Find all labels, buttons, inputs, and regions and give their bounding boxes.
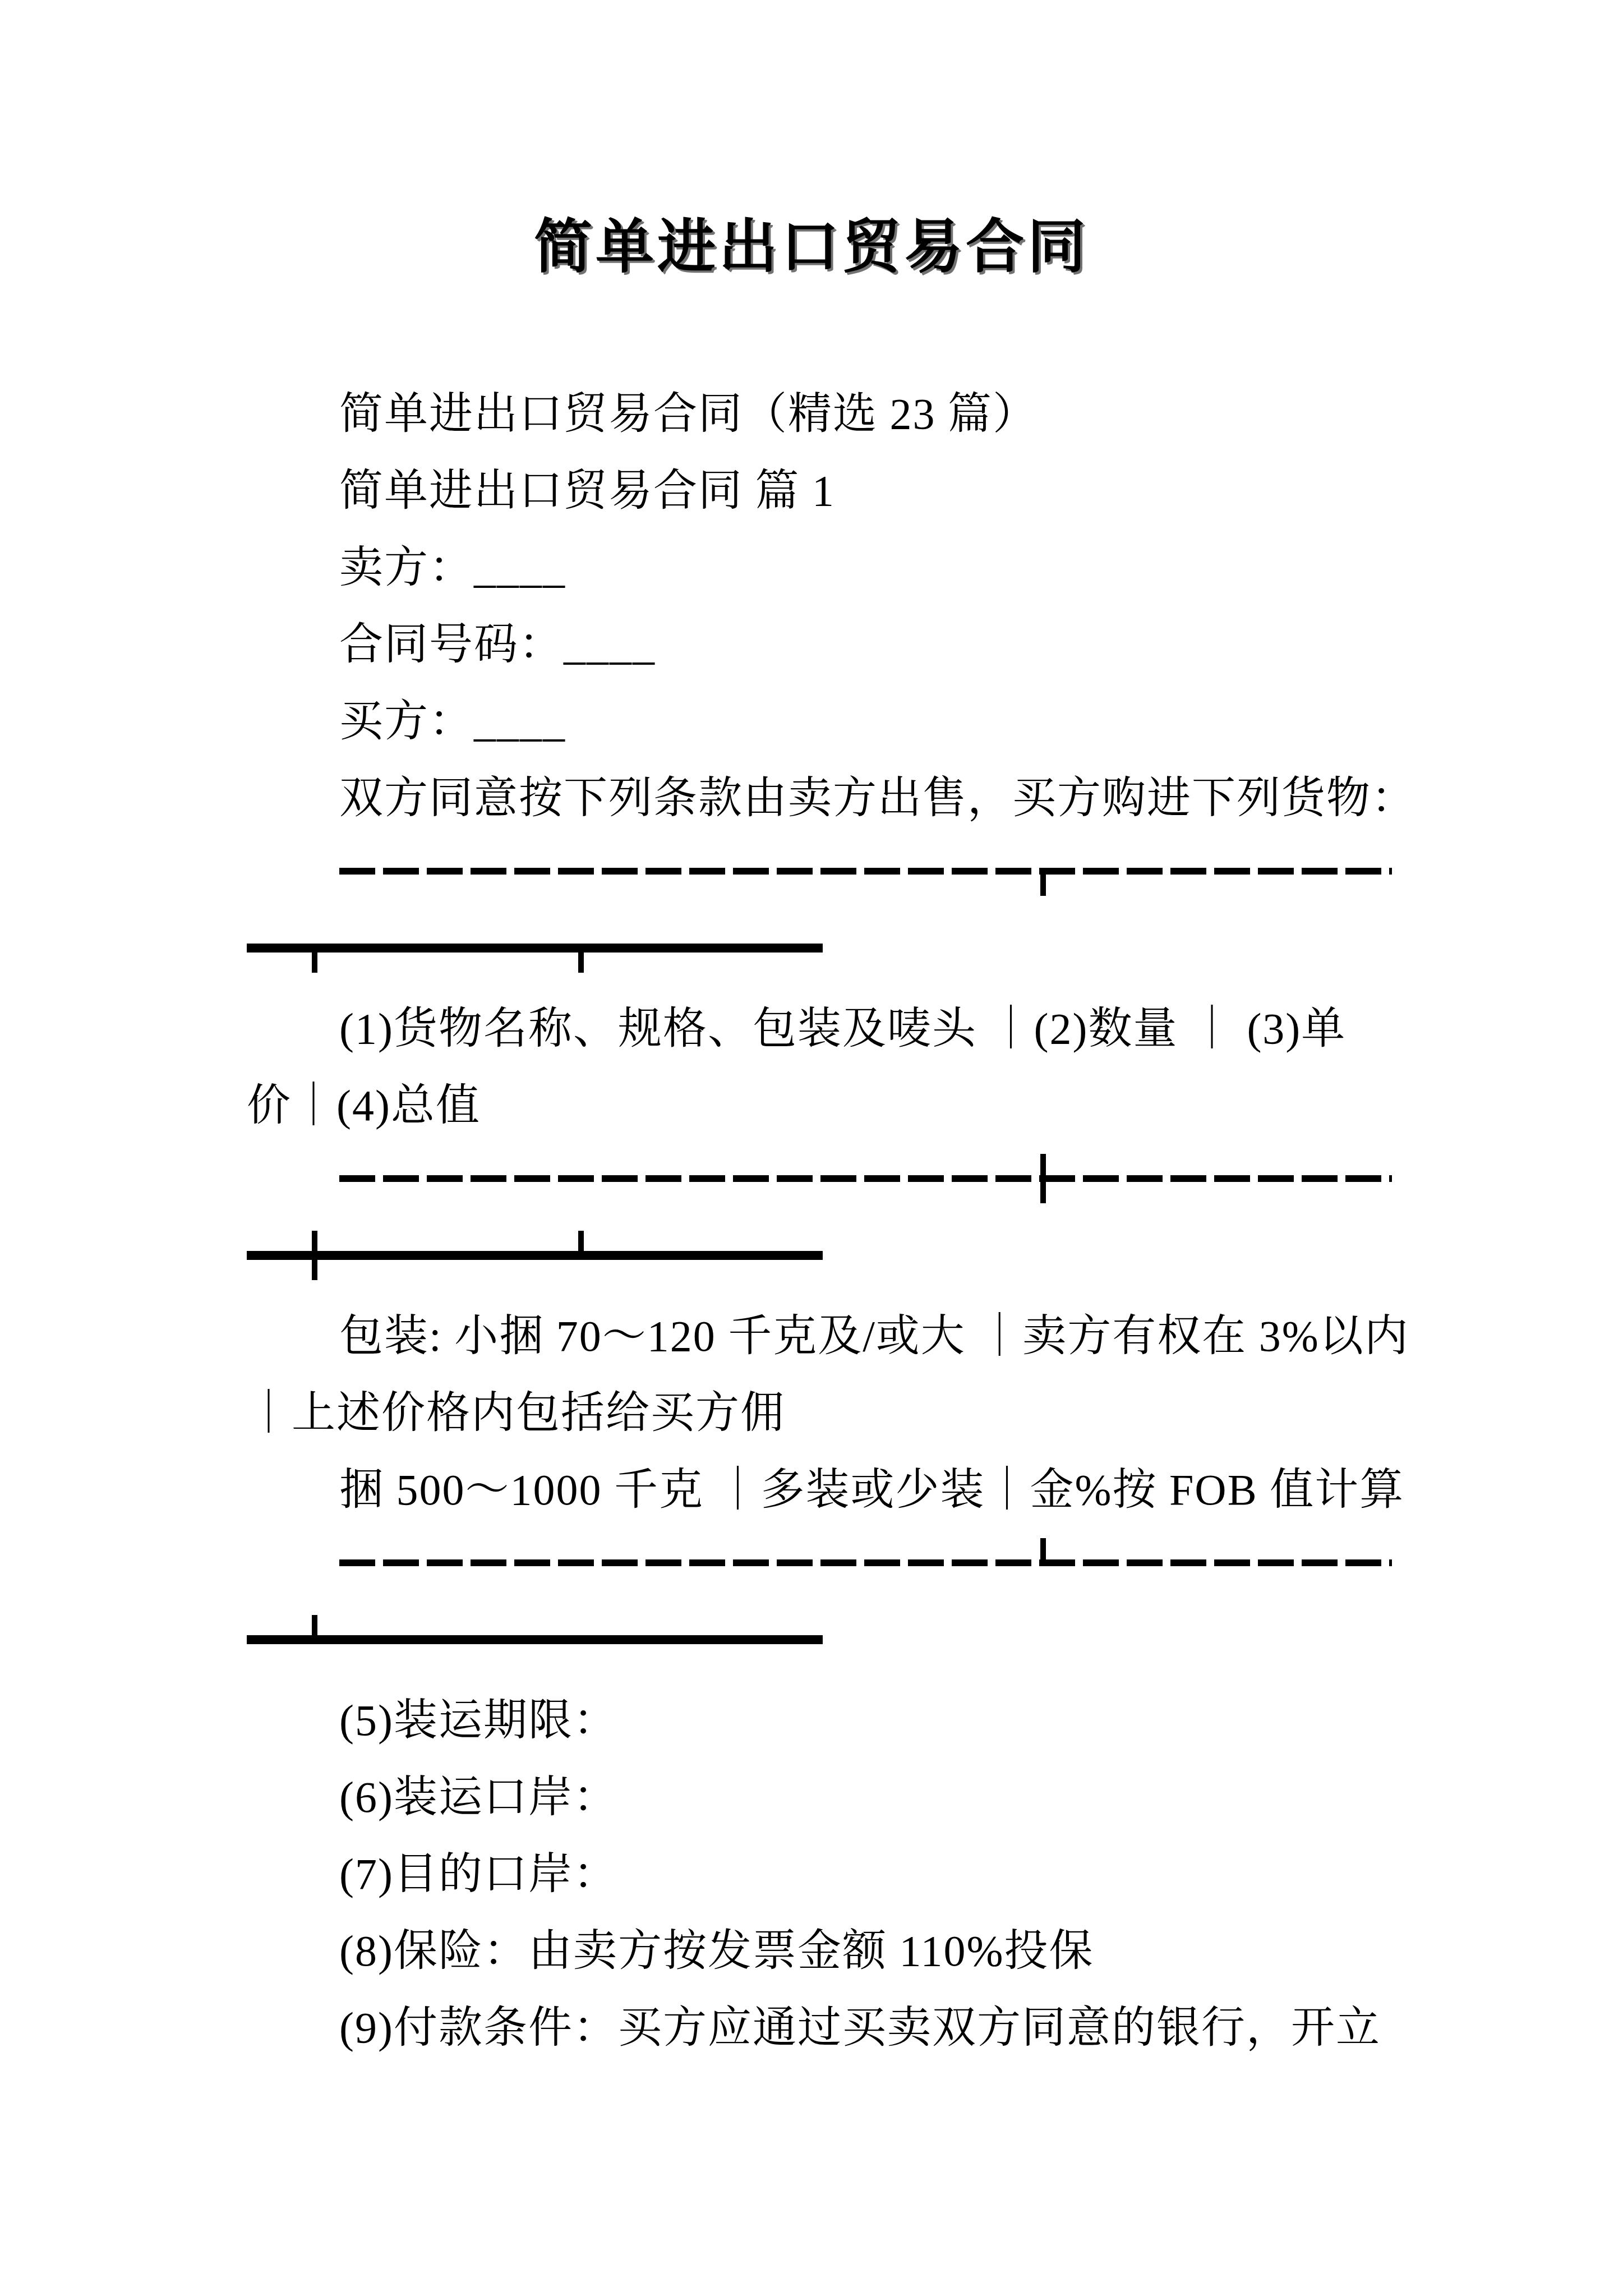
document-line: 简单进出口贸易合同（精选 23 篇） [0, 371, 1623, 448]
line-text: (8)保险：由卖方按发票金额 110%投保 [339, 1916, 1094, 1978]
line-text: ｜上述价格内包括给买方佣 [247, 1378, 785, 1441]
line-text: (1)货物名称、规格、包装及唛头 ｜(2)数量 ｜ (3)单 [339, 993, 1346, 1056]
line-text: (6)装运口岸： [339, 1762, 618, 1825]
document-line: (5)装运期限： [0, 1678, 1623, 1755]
table-border-tick [1040, 1538, 1046, 1563]
document-page: 简单进出口贸易合同 简单进出口贸易合同（精选 23 篇）简单进出口贸易合同 篇 … [0, 0, 1623, 2296]
line-text: 卖方：____ [339, 532, 566, 595]
table-border-tick [578, 948, 584, 973]
line-text: 买方：____ [339, 686, 566, 749]
title-row: 简单进出口贸易合同 [0, 0, 1623, 371]
dashed-rule-bar [339, 868, 1392, 875]
document-line: 买方：____ [0, 679, 1623, 756]
table-border-tick [312, 1231, 317, 1280]
document-line: (1)货物名称、规格、包装及唛头 ｜(2)数量 ｜ (3)单 [0, 986, 1623, 1063]
table-border-tick [1040, 871, 1046, 896]
document-line: 简单进出口贸易合同 篇 1 [0, 448, 1623, 525]
document-line: 卖方：____ [0, 525, 1623, 602]
document-line: 捆 500～1000 千克 ｜多装或少装｜金%按 FOB 值计算 [0, 1447, 1623, 1524]
table-border-tick [1040, 1154, 1046, 1203]
solid-rule-bar [247, 1251, 823, 1260]
line-text: 合同号码：____ [339, 609, 656, 672]
table-border-line [0, 832, 1623, 909]
table-border-tick [312, 1615, 317, 1640]
dashed-rule-bar [339, 1175, 1392, 1182]
line-text: 捆 500～1000 千克 ｜多装或少装｜金%按 FOB 值计算 [339, 1455, 1404, 1517]
line-text: 简单进出口贸易合同 篇 1 [339, 455, 835, 518]
dashed-rule-bar [339, 1559, 1392, 1566]
table-border-line [0, 1217, 1623, 1294]
table-border-line [0, 1601, 1623, 1678]
document-line: (8)保险：由卖方按发票金额 110%投保 [0, 1908, 1623, 1985]
table-border-line [0, 1524, 1623, 1601]
document-line: (7)目的口岸： [0, 1832, 1623, 1908]
document-body: 简单进出口贸易合同（精选 23 篇）简单进出口贸易合同 篇 1卖方：____合同… [0, 371, 1623, 2062]
document-line: (9)付款条件：买方应通过买卖双方同意的银行，开立 [0, 1985, 1623, 2062]
table-border-line [0, 909, 1623, 986]
document-line: (6)装运口岸： [0, 1755, 1623, 1832]
line-text: 简单进出口贸易合同（精选 23 篇） [339, 379, 1038, 441]
document-line: 合同号码：____ [0, 602, 1623, 679]
table-border-tick [312, 948, 317, 973]
solid-rule-bar [247, 944, 823, 953]
document-line: ｜上述价格内包括给买方佣 [0, 1370, 1623, 1447]
line-text: (9)付款条件：买方应通过买卖双方同意的银行，开立 [339, 1993, 1381, 2055]
solid-rule-bar [247, 1635, 823, 1644]
document-line: 包装: 小捆 70～120 千克及/或大 ｜卖方有权在 3%以内 [0, 1294, 1623, 1370]
line-text: (7)目的口岸： [339, 1839, 618, 1902]
table-border-tick [578, 1231, 584, 1255]
document-line: 价｜(4)总值 [0, 1063, 1623, 1140]
document-title: 简单进出口贸易合同 [534, 200, 1089, 284]
line-text: 价｜(4)总值 [247, 1070, 481, 1133]
line-text: 双方同意按下列条款由卖方出售，买方购进下列货物： [339, 763, 1416, 826]
table-border-line [0, 1140, 1623, 1217]
line-text: (5)装运期限： [339, 1685, 618, 1748]
line-text: 包装: 小捆 70～120 千克及/或大 ｜卖方有权在 3%以内 [339, 1301, 1409, 1364]
document-line: 双方同意按下列条款由卖方出售，买方购进下列货物： [0, 756, 1623, 832]
